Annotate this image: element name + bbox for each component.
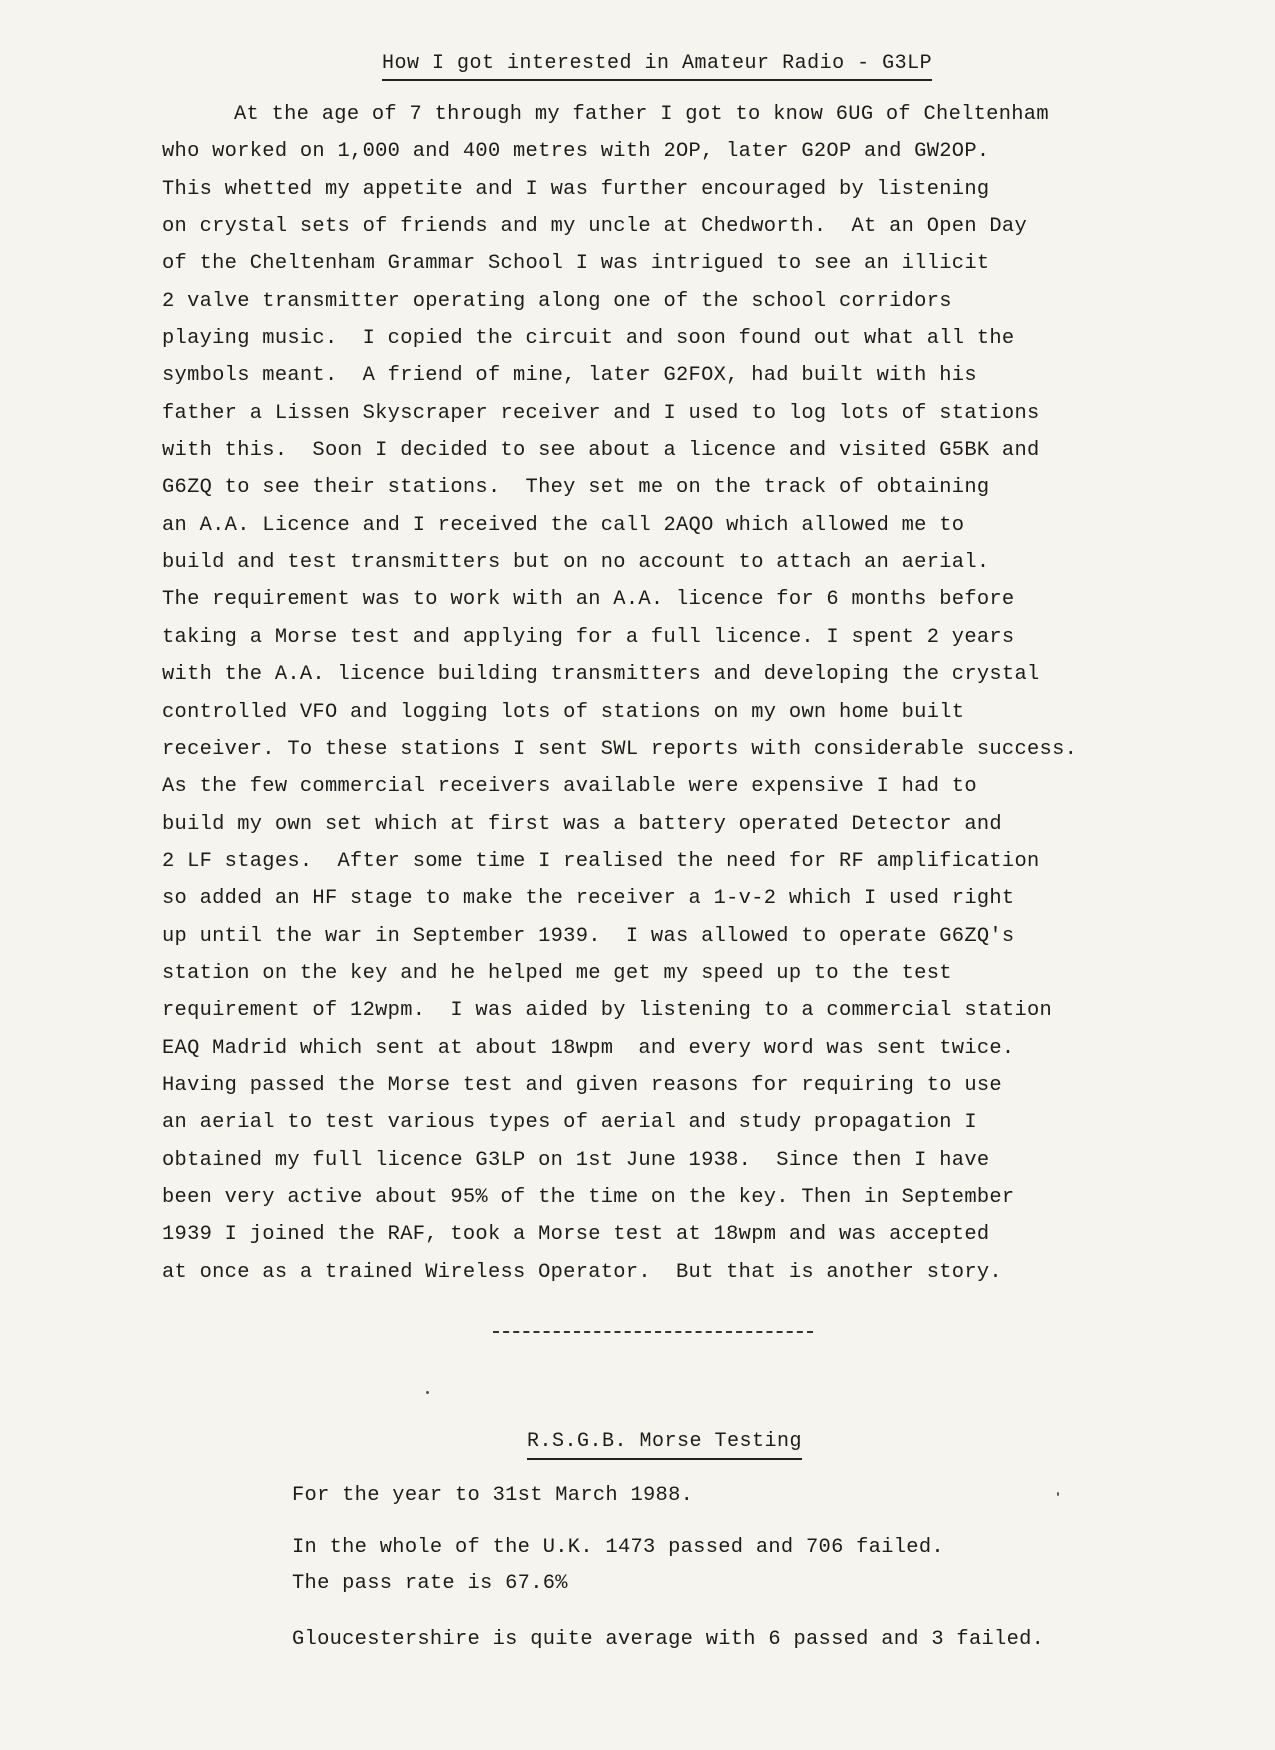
body-line: symbols meant. A friend of mine, later G… [162, 357, 1162, 394]
body-line: with this. Soon I decided to see about a… [162, 432, 1162, 469]
paper-speck [426, 1391, 429, 1394]
body-line: an A.A. Licence and I received the call … [162, 507, 1162, 544]
article-title: How I got interested in Amateur Radio - … [382, 52, 932, 81]
paper-speck [1057, 1492, 1059, 1496]
body-line: requirement of 12wpm. I was aided by lis… [162, 992, 1162, 1029]
body-line: an aerial to test various types of aeria… [162, 1104, 1162, 1141]
body-line: controlled VFO and logging lots of stati… [162, 694, 1162, 731]
body-line: obtained my full licence G3LP on 1st Jun… [162, 1142, 1162, 1179]
morse-testing-title: R.S.G.B. Morse Testing [527, 1430, 802, 1460]
body-line: taking a Morse test and applying for a f… [162, 619, 1162, 656]
body-line: This whetted my appetite and I was furth… [162, 171, 1162, 208]
body-line: build my own set which at first was a ba… [162, 806, 1162, 843]
body-line: The requirement was to work with an A.A.… [162, 581, 1162, 618]
body-line: At the age of 7 through my father I got … [162, 96, 1162, 133]
body-line: station on the key and he helped me get … [162, 955, 1162, 992]
body-line: G6ZQ to see their stations. They set me … [162, 469, 1162, 506]
body-line: on crystal sets of friends and my uncle … [162, 208, 1162, 245]
body-line: Having passed the Morse test and given r… [162, 1067, 1162, 1104]
body-line: 2 LF stages. After some time I realised … [162, 843, 1162, 880]
body-line: 1939 I joined the RAF, took a Morse test… [162, 1216, 1162, 1253]
period-text: For the year to 31st March 1988. [292, 1484, 693, 1507]
section-divider [493, 1331, 813, 1333]
article-body: At the age of 7 through my father I got … [162, 96, 1162, 1291]
body-line: EAQ Madrid which sent at about 18wpm and… [162, 1030, 1162, 1067]
body-line: been very active about 95% of the time o… [162, 1179, 1162, 1216]
body-line: with the A.A. licence building transmitt… [162, 656, 1162, 693]
body-line: who worked on 1,000 and 400 metres with … [162, 133, 1162, 170]
body-line: playing music. I copied the circuit and … [162, 320, 1162, 357]
gloucestershire-text: Gloucestershire is quite average with 6 … [292, 1628, 1044, 1651]
body-line: build and test transmitters but on no ac… [162, 544, 1162, 581]
body-line: up until the war in September 1939. I wa… [162, 918, 1162, 955]
pass-rate-text: The pass rate is 67.6% [292, 1572, 568, 1595]
body-line: father a Lissen Skyscraper receiver and … [162, 395, 1162, 432]
body-line: so added an HF stage to make the receive… [162, 880, 1162, 917]
body-line: 2 valve transmitter operating along one … [162, 283, 1162, 320]
body-line: at once as a trained Wireless Operator. … [162, 1254, 1162, 1291]
body-line: of the Cheltenham Grammar School I was i… [162, 245, 1162, 282]
uk-results-text: In the whole of the U.K. 1473 passed and… [292, 1536, 944, 1559]
document-page: How I got interested in Amateur Radio - … [0, 0, 1275, 1750]
body-line: receiver. To these stations I sent SWL r… [162, 731, 1162, 768]
body-line: As the few commercial receivers availabl… [162, 768, 1162, 805]
